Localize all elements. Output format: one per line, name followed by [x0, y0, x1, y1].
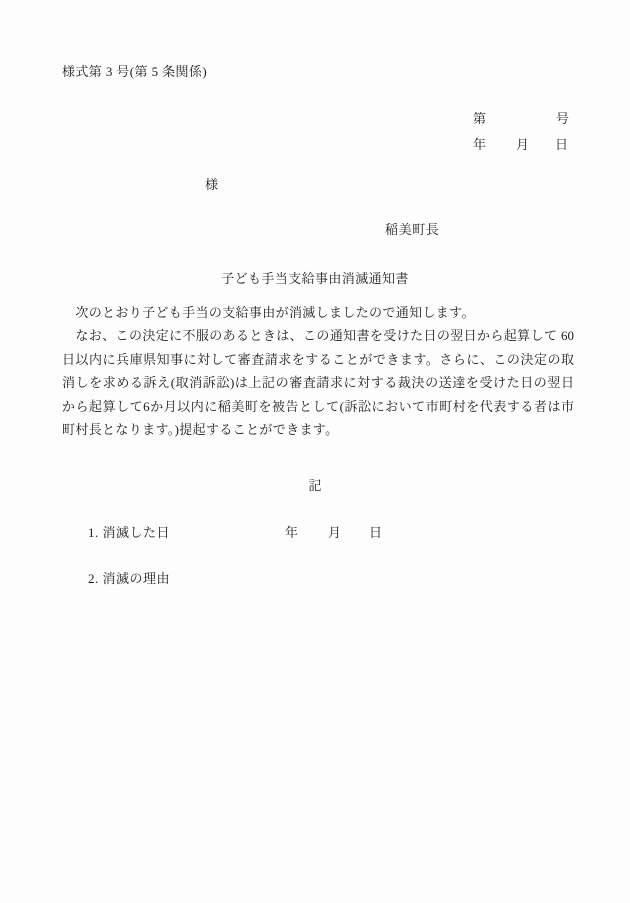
body-line-5: から起算して6か月以内に稲美町を被告として(訴訟において市町村を代表する者は市	[62, 395, 574, 418]
addressee-honorific: 様	[205, 177, 218, 193]
item1-year-label: 年	[285, 525, 298, 541]
date-month-label: 月	[516, 137, 529, 153]
item1-day-label: 日	[369, 525, 382, 541]
form-number: 様式第 3 号(第 5 条関係)	[62, 64, 207, 80]
body-line-1: 次のとおり子ども手当の支給事由が消滅しましたので通知します。	[62, 301, 574, 324]
document-page: 様式第 3 号(第 5 条関係) 第 号 年 月 日 様 稲美町長 子ども手当支…	[0, 0, 630, 903]
sender-title: 稲美町長	[385, 222, 439, 238]
record-section-marker: 記	[0, 478, 630, 494]
document-title: 子ども手当支給事由消滅通知書	[0, 271, 630, 287]
body-line-2: なお、この決定に不服のあるときは、この通知書を受けた日の翌日から起算して 60	[62, 324, 574, 347]
body-line-4: 消しを求める訴え(取消訴訟)は上記の審査請求に対する裁決の送達を受けた日の翌日	[62, 371, 574, 394]
doc-number-suffix: 号	[556, 111, 569, 127]
body-paragraphs: 次のとおり子ども手当の支給事由が消滅しましたので通知します。 なお、この決定に不…	[62, 301, 574, 441]
date-year-label: 年	[473, 137, 486, 153]
item1-month-label: 月	[328, 525, 341, 541]
item1-label: 1. 消滅した日	[88, 525, 170, 541]
item2-label: 2. 消滅の理由	[88, 571, 170, 587]
doc-number-prefix: 第	[473, 111, 486, 127]
body-line-6: 町村長となります。)提起することができます。	[62, 418, 574, 441]
date-day-label: 日	[555, 137, 568, 153]
body-line-3: 日以内に兵庫県知事に対して審査請求をすることができます。さらに、この決定の取	[62, 348, 574, 371]
